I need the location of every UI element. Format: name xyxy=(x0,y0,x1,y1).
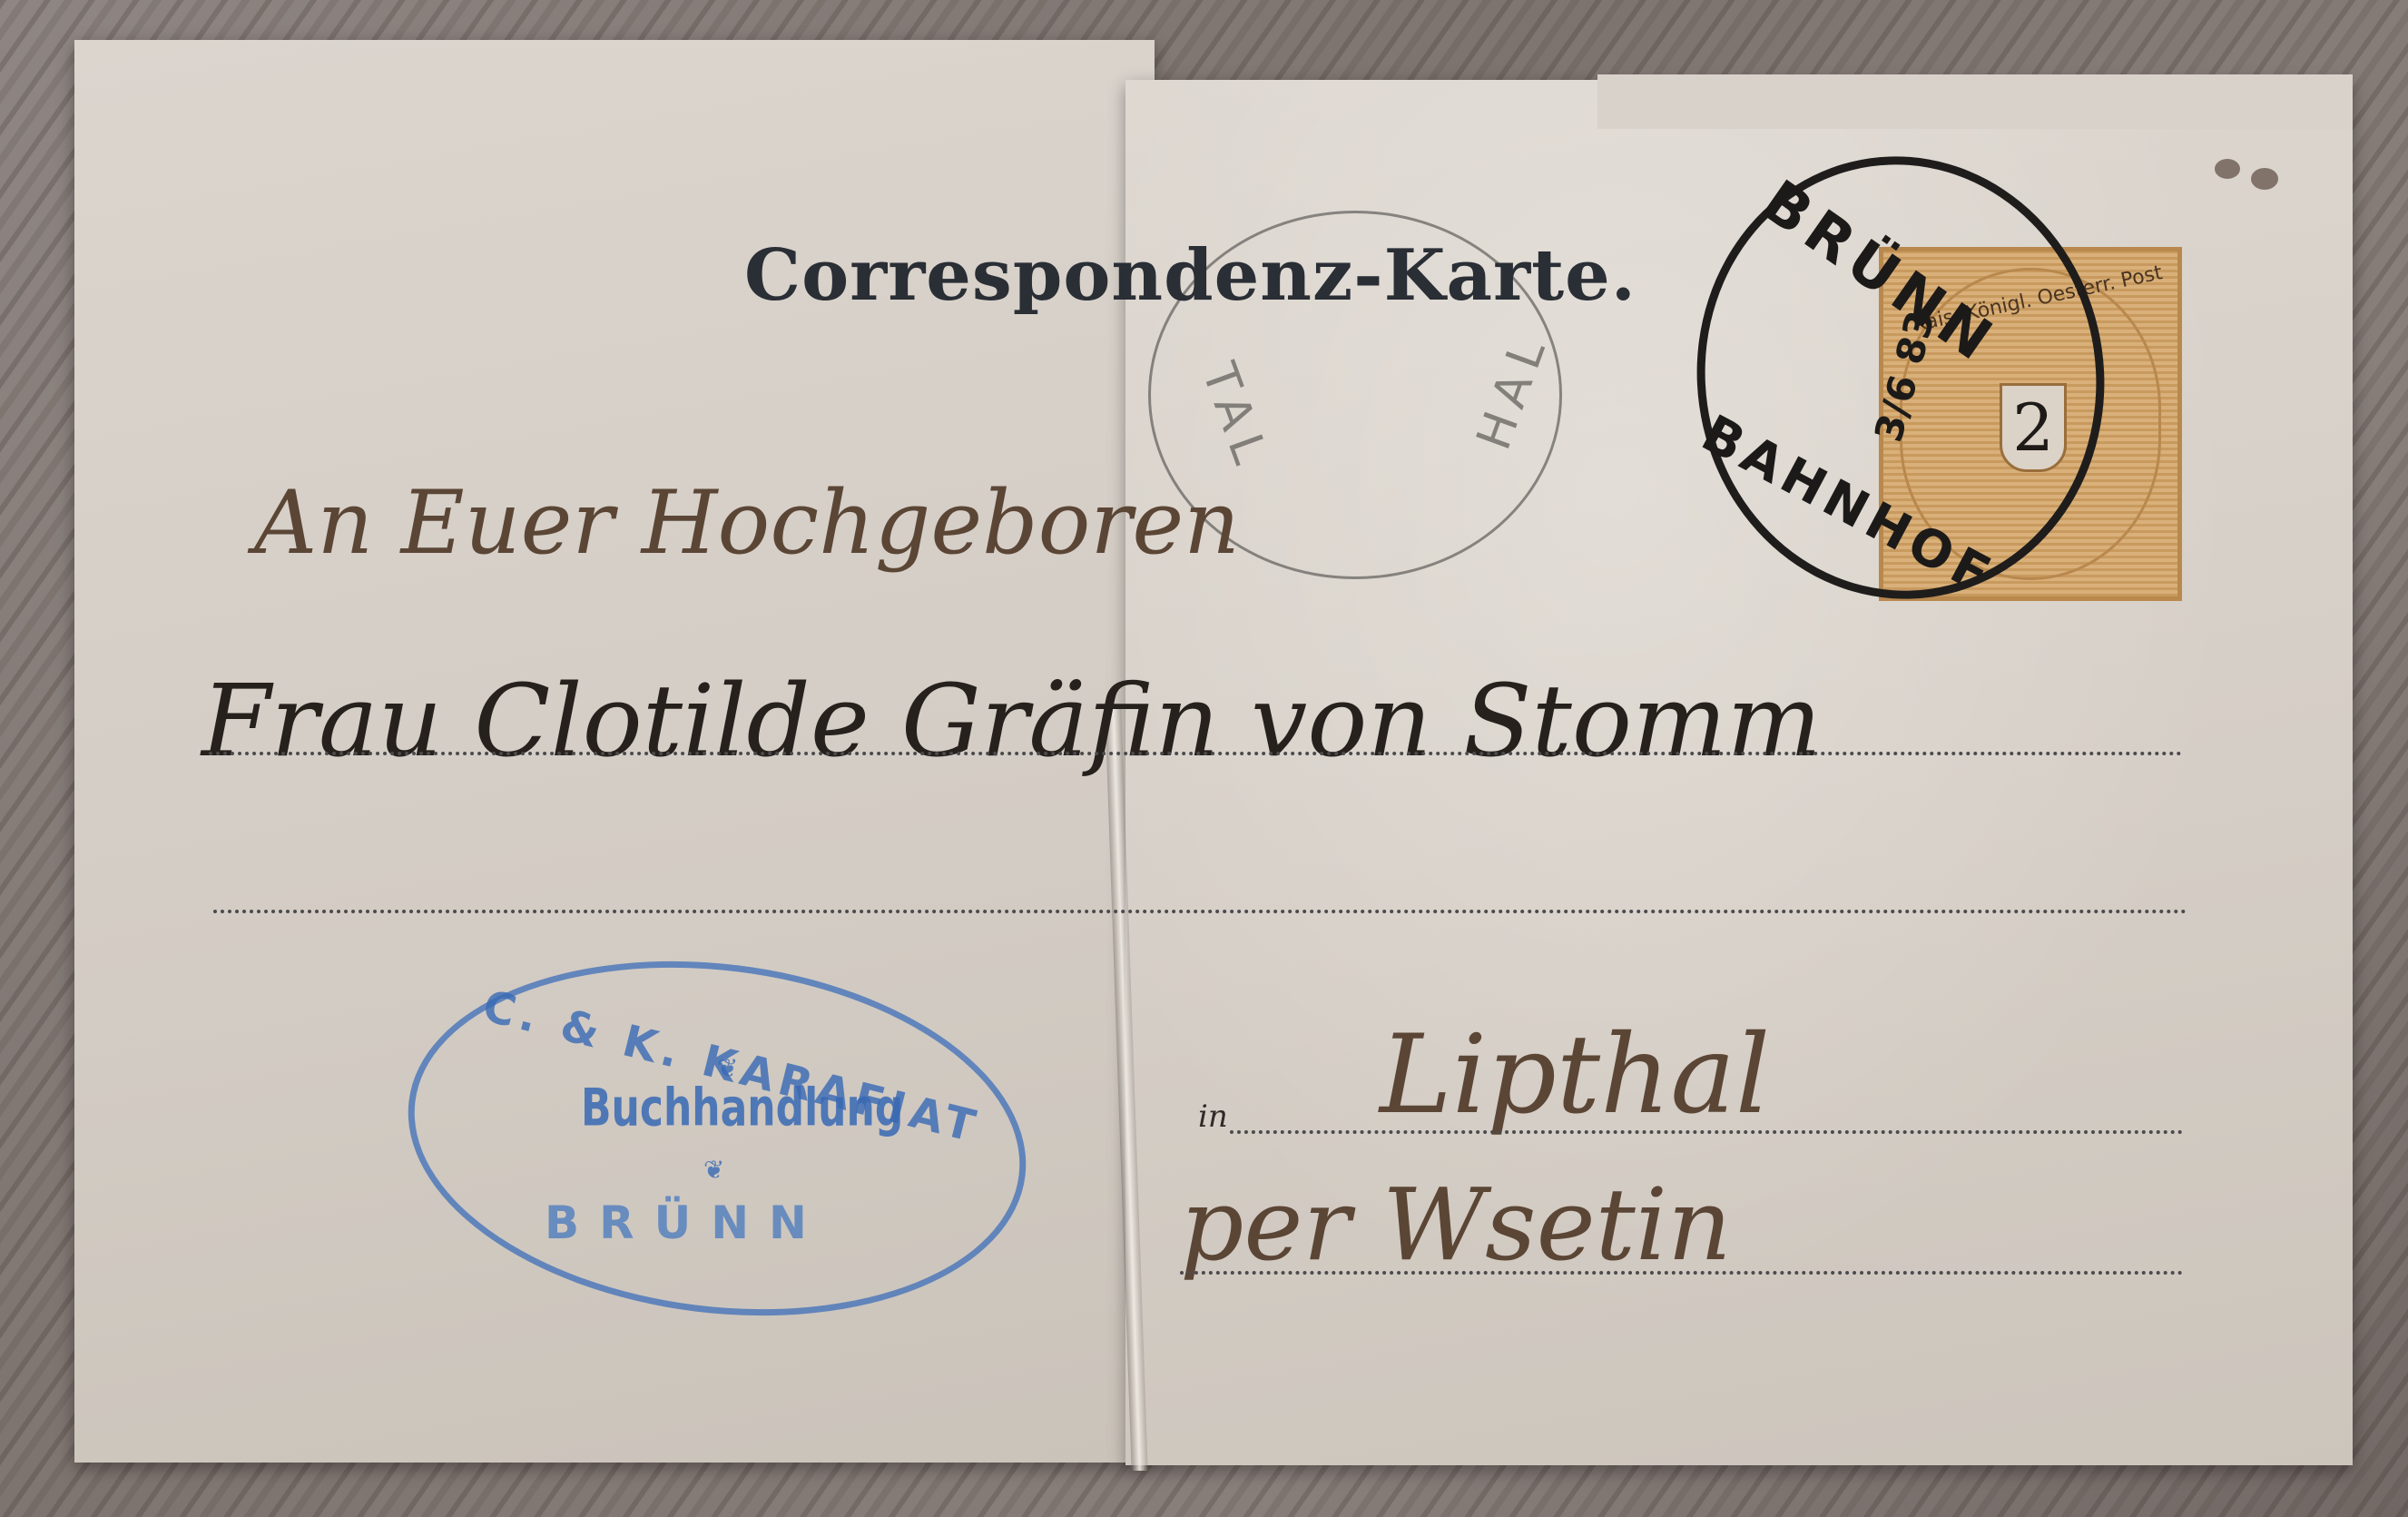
address-line-recipient: Frau Clotilde Gräfin von Stomm xyxy=(201,663,1822,779)
stain xyxy=(2215,159,2240,179)
address-line-salutation: An Euer Hochgeboren xyxy=(254,472,1240,574)
stain xyxy=(2251,168,2278,190)
ornament-icon: ❦ xyxy=(703,1155,724,1185)
address-dotted-line-3 xyxy=(1230,1130,2183,1134)
postcard-top-edge xyxy=(1597,74,2353,129)
sender-stamp-city: BRÜNN xyxy=(545,1197,827,1249)
sender-stamp-business: Buchhandlung xyxy=(581,1078,903,1138)
address-dotted-line-2 xyxy=(213,910,2187,913)
address-line-post-office: per Wsetin xyxy=(1180,1167,1732,1283)
address-prefix-in: in xyxy=(1198,1098,1228,1135)
address-dotted-line-1 xyxy=(209,752,2183,755)
address-line-place: Lipthal xyxy=(1380,1012,1770,1138)
card-title: Correspondenz-Karte. xyxy=(744,234,1636,317)
address-dotted-line-4 xyxy=(1180,1271,2183,1275)
